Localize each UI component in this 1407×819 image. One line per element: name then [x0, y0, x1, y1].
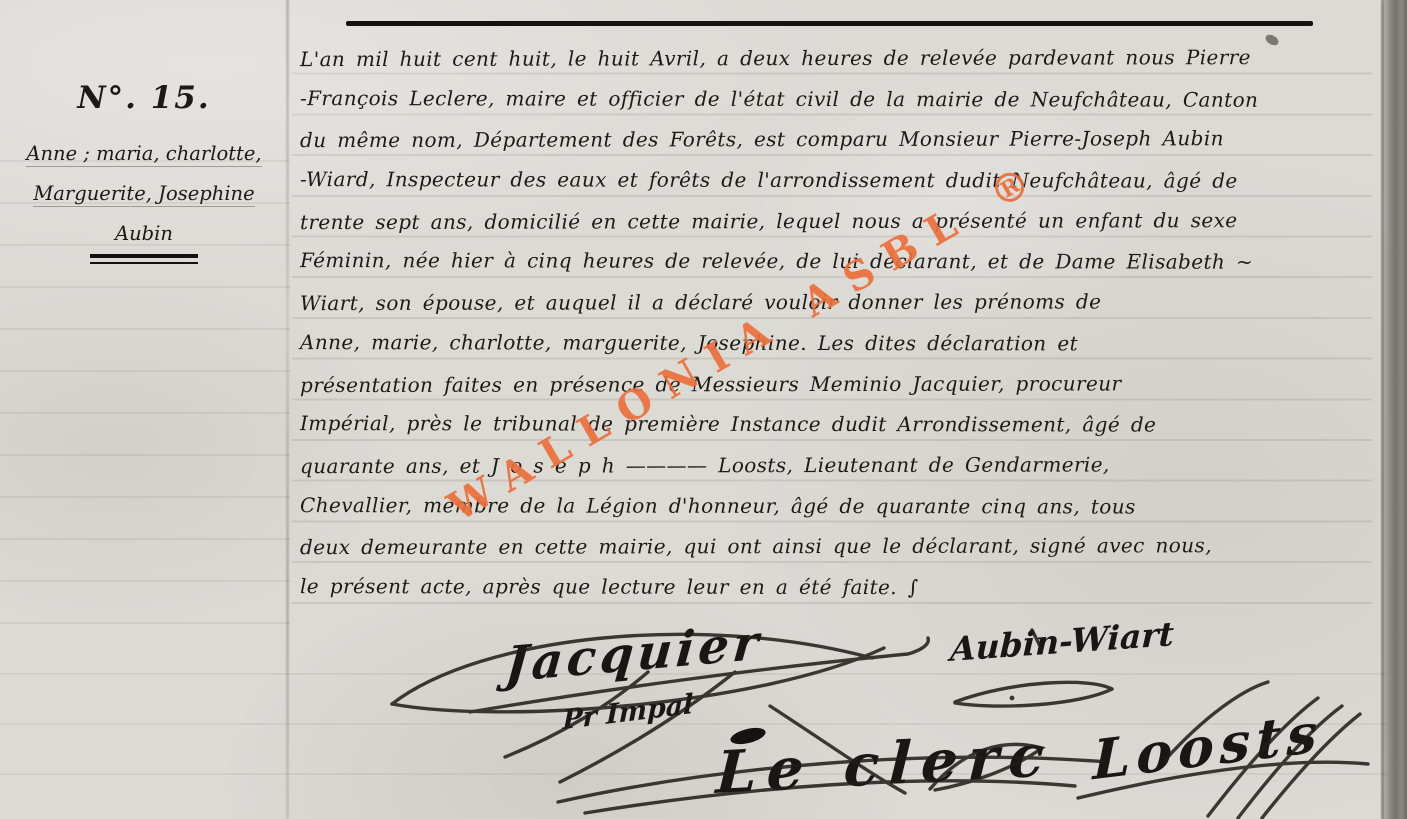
signature-loosts: Loosts: [1092, 700, 1323, 793]
margin-name-line: Anne ; maria, charlotte,: [0, 134, 288, 174]
body-line: L'an mil huit cent huit, le huit Avril, …: [300, 37, 1372, 80]
act-body-text: L'an mil huit cent huit, le huit Avril, …: [300, 38, 1372, 608]
margin-child-names: Anne ; maria, charlotte, Marguerite, Jos…: [0, 134, 288, 254]
body-line: Chevallier, membre de la Légion d'honneu…: [300, 485, 1372, 528]
signature-leclerc: Le clerc: [714, 721, 1055, 807]
body-line: -Wiard, Inspecteur des eaux et forêts de…: [300, 159, 1372, 202]
body-line: Impérial, près le tribunal de première I…: [300, 403, 1372, 446]
ruled-lines-margin: [0, 120, 290, 660]
fold-crease: [286, 0, 289, 819]
book-edge-shadow: [1381, 0, 1407, 819]
margin-double-rule: [90, 254, 198, 264]
signature-aubin-wiart: Aubin-Wiart: [950, 614, 1175, 669]
body-line: le présent acte, après que lecture leur …: [300, 566, 1372, 609]
scanned-civil-register-page: N°. 15. Anne ; maria, charlotte, Marguer…: [0, 0, 1407, 819]
book-edge-seam: [1381, 0, 1384, 819]
ruled-lines-main: [292, 34, 1372, 624]
top-ink-rule: [346, 21, 1313, 26]
body-line: du même nom, Département des Forêts, est…: [300, 118, 1372, 161]
signature-jacquier: Jacquier: [503, 614, 765, 693]
body-line: quarante ans, et J o s e p h ———— Loosts…: [300, 444, 1372, 487]
body-line: Anne, marie, charlotte, marguerite, Jose…: [300, 322, 1372, 365]
body-line: -François Leclere, maire et officier de …: [300, 78, 1372, 121]
signature-jacquier-title: Pr Impal: [562, 689, 693, 736]
body-line: trente sept ans, domicilié en cette mair…: [300, 200, 1372, 243]
margin-name-line: Marguerite, Josephine: [0, 174, 288, 214]
smudge-mark: [1264, 33, 1281, 48]
body-line: deux demeurante en cette mairie, qui ont…: [300, 525, 1372, 568]
body-line: Wiart, son épouse, et auquel il a déclar…: [300, 281, 1372, 324]
wallonia-watermark: WALLONIA ASBL ®: [440, 150, 1053, 531]
signature-flourishes: [0, 0, 1407, 819]
act-number: N°. 15.: [0, 80, 288, 116]
body-line: présentation faites en présence de Messi…: [300, 362, 1372, 405]
margin-name-line: Aubin: [0, 214, 288, 254]
body-line: Féminin, née hier à cinq heures de relev…: [300, 241, 1372, 284]
